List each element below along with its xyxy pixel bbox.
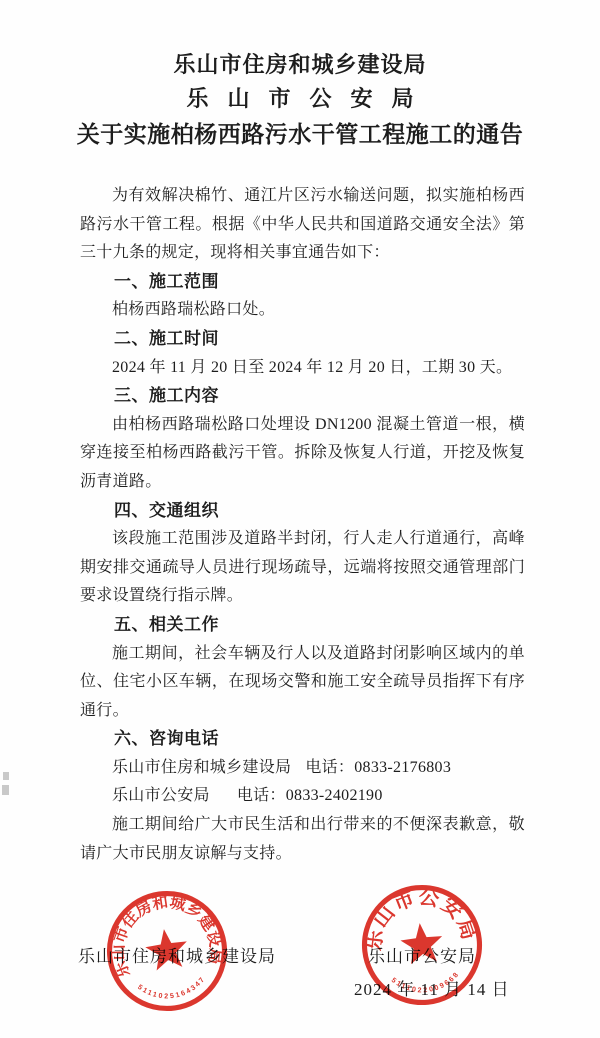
phone-label: 电话： bbox=[237, 787, 286, 804]
section-5-heading: 五、相关工作 bbox=[80, 611, 525, 640]
scan-artifact bbox=[2, 785, 9, 795]
contact-line-public-security-bureau: 乐山市公安局电话：0833-2402190 bbox=[80, 782, 525, 811]
section-1-heading: 一、施工范围 bbox=[80, 268, 525, 297]
section-3-heading: 三、施工内容 bbox=[80, 382, 525, 411]
closing-paragraph: 施工期间给广大市民生活和出行带来的不便深表歉意，敬请广大市民朋友谅解与支持。 bbox=[80, 811, 525, 868]
notice-document: 乐山市住房和城乡建设局 乐山市公安局 关于实施柏杨西路污水干管工程施工的通告 为… bbox=[0, 0, 600, 1038]
section-4-heading: 四、交通组织 bbox=[80, 497, 525, 526]
section-2-body: 2024 年 11 月 20 日至 2024 年 12 月 20 日，工期 30… bbox=[80, 354, 525, 383]
title-org-public-security-bureau: 乐山市公安局 bbox=[0, 82, 600, 116]
section-2-heading: 二、施工时间 bbox=[80, 325, 525, 354]
official-seal-housing-bureau: 乐山市住房和城乡建设局 5111025164347 bbox=[96, 880, 238, 1022]
section-3-body: 由柏杨西路瑞松路口处埋设 DN1200 混凝土管道一根，横穿连接至柏杨西路截污干… bbox=[80, 411, 525, 497]
section-6-heading: 六、咨询电话 bbox=[80, 725, 525, 754]
scan-artifact bbox=[3, 772, 9, 780]
seal-star-icon bbox=[143, 926, 190, 971]
seal-star-icon bbox=[399, 921, 445, 965]
official-seal-public-security-bureau: 乐山市公安局 5111022009668 bbox=[353, 876, 491, 1014]
intro-paragraph: 为有效解决棉竹、通江片区污水输送问题，拟实施柏杨西路污水干管工程。根据《中华人民… bbox=[80, 182, 525, 268]
section-4-body: 该段施工范围涉及道路半封闭，行人走人行道通行，高峰期安排交通疏导人员进行现场疏导… bbox=[80, 525, 525, 611]
title-org-housing-bureau: 乐山市住房和城乡建设局 bbox=[0, 48, 600, 82]
section-5-body: 施工期间，社会车辆及行人以及道路封闭影响区域内的单位、住宅小区车辆，在现场交警和… bbox=[80, 640, 525, 726]
phone-number: 0833-2402190 bbox=[286, 787, 383, 804]
signature-block: 乐山市住房和城乡建设局 乐山市公安局 2024 年 11 月 14 日 乐山市住… bbox=[0, 932, 600, 1038]
contact-org: 乐山市住房和城乡建设局 bbox=[112, 759, 291, 776]
section-1-body: 柏杨西路瑞松路口处。 bbox=[80, 296, 525, 325]
document-body: 为有效解决棉竹、通江片区污水输送问题，拟实施柏杨西路污水干管工程。根据《中华人民… bbox=[0, 154, 600, 868]
phone-label: 电话： bbox=[305, 759, 354, 776]
contact-org: 乐山市公安局 bbox=[112, 787, 210, 804]
document-header: 乐山市住房和城乡建设局 乐山市公安局 关于实施柏杨西路污水干管工程施工的通告 bbox=[0, 0, 600, 154]
document-title: 关于实施柏杨西路污水干管工程施工的通告 bbox=[0, 116, 600, 154]
contact-line-housing-bureau: 乐山市住房和城乡建设局电话：0833-2176803 bbox=[80, 754, 525, 783]
phone-number: 0833-2176803 bbox=[354, 759, 451, 776]
